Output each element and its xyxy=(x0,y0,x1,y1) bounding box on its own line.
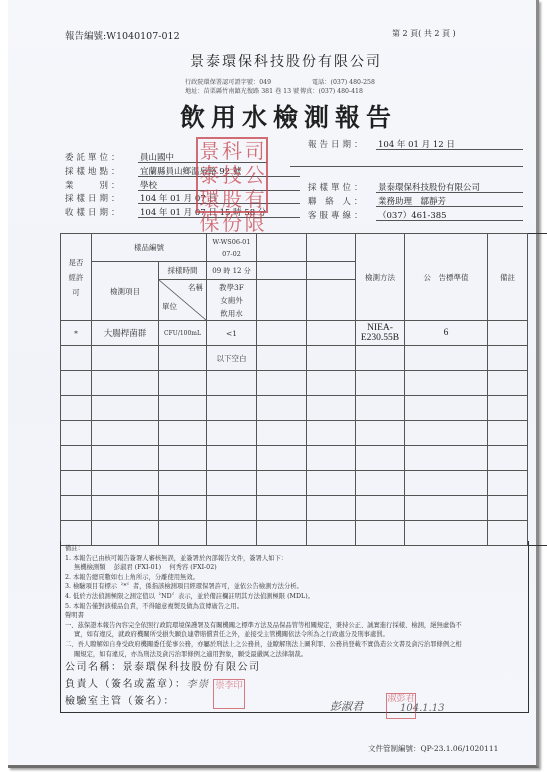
report-date-value: 104 年 01 月 12 日 xyxy=(376,138,523,150)
table-row xyxy=(61,421,547,446)
declaration-item: 實，如有違反，就政府機關所受損失願負連帶賠償責任之外，並接受主管機關依法令所為之… xyxy=(65,630,524,640)
empty-cell xyxy=(488,496,528,521)
handwritten-date: 104.1.13 xyxy=(400,703,445,714)
empty-cell xyxy=(61,371,92,396)
table-row xyxy=(61,471,547,496)
empty-cell xyxy=(159,446,207,471)
report-date-label: 報告日期： xyxy=(308,138,366,150)
seal-character: 保 xyxy=(198,211,221,235)
lab-manager-signature: 彭淑君 xyxy=(330,698,363,714)
sample-no-header: 樣品編號 xyxy=(92,234,207,262)
contact-label: 聯 絡 人： xyxy=(308,195,365,207)
fax-number: 傳真：(037) 480-418 xyxy=(300,86,363,95)
seal-character: 泰 xyxy=(198,163,221,187)
seal-character: 股 xyxy=(221,187,244,211)
empty-cell xyxy=(488,446,528,471)
empty-cell xyxy=(207,496,257,521)
empty-cell xyxy=(307,280,356,321)
sampling-time-value: 09 時 12 分 xyxy=(207,262,257,280)
note-item: 1. 本報告已由核可報告簽署人審核無誤，並簽署於內部報告文件，簽署人如下： xyxy=(65,554,524,564)
empty-cell xyxy=(257,371,307,396)
seal-character: 科 xyxy=(221,139,244,163)
report-number: 報告編號:W1040107-012 xyxy=(65,28,180,42)
seal-character: 景 xyxy=(198,139,221,163)
empty-cell xyxy=(307,371,356,396)
empty-cell xyxy=(405,421,488,446)
company-address: 地址：苗栗縣竹南鎮光復路 381 巷 13 號 xyxy=(185,86,299,95)
empty-cell xyxy=(92,496,159,521)
page-indicator: 第 2 頁( 共 2 頁 ) xyxy=(392,28,456,39)
cell-item xyxy=(92,346,159,371)
results-table: 是否經許可 樣品編號 W-WS06-0107-02 檢測方法 公 告標準值 備註… xyxy=(60,233,547,546)
cell-remark xyxy=(488,346,528,371)
empty-cell xyxy=(61,471,92,496)
empty-cell xyxy=(405,446,488,471)
declaration-item: 關規定，如有違反，亦為刑法及貪污治罪條例之適用對象，願受最嚴厲之法律制裁。 xyxy=(65,650,524,660)
empty-cell xyxy=(405,471,488,496)
note-item: 4. 低於方法偵測極限之測定值以〝ND〞表示，並於備註欄註明其方法偵測極限 (M… xyxy=(65,592,524,602)
empty-cell xyxy=(61,396,92,421)
sampling-date-label: 採樣日期： xyxy=(65,192,123,204)
document-control-number: 文件管制編號：QP-23.1.06/1020111 xyxy=(368,743,498,754)
contact-value: 業務助理 鄒靜芳 xyxy=(376,195,523,207)
sampling-unit-row: 採樣單位： 景泰環保科技股份有限公司 xyxy=(308,181,523,193)
sample-no-value: W-WS06-0107-02 xyxy=(207,234,257,262)
responsible-signature-line: 負責人（簽名或蓋章）：李崇 xyxy=(65,676,524,693)
cell-method: NIEA-E230.55B xyxy=(356,321,405,346)
empty-cell xyxy=(356,371,405,396)
empty-cell xyxy=(307,262,356,280)
client-label: 委託單位： xyxy=(65,151,123,163)
empty-cell xyxy=(207,421,257,446)
test-item-header: 檢測項目 xyxy=(92,262,159,321)
divider xyxy=(290,166,523,167)
seal-character: 限 xyxy=(243,211,266,235)
empty-cell xyxy=(488,421,528,446)
empty-cell xyxy=(92,371,159,396)
sampling-unit-value: 景泰環保科技股份有限公司 xyxy=(376,181,523,193)
cell-approved: * xyxy=(61,321,92,346)
cell-remark xyxy=(488,321,528,346)
empty-cell xyxy=(257,496,307,521)
empty-cell xyxy=(356,421,405,446)
empty-cell xyxy=(356,471,405,496)
empty-cell xyxy=(61,446,92,471)
cell-standard xyxy=(405,346,488,371)
service-line-value: （037）461-385 xyxy=(376,209,523,221)
cell-standard: 6 xyxy=(405,321,488,346)
empty-cell xyxy=(92,396,159,421)
empty-cell xyxy=(356,496,405,521)
seal-character: 公 xyxy=(243,163,266,187)
sampling-unit-label: 採樣單位： xyxy=(308,181,366,193)
report-title: 飲用水檢測報告 xyxy=(180,98,397,134)
empty-cell xyxy=(488,471,528,496)
note-item: 5. 本報告僅對該樣品負責，不得隨意複製及做為宣傳廣告之用。 xyxy=(65,602,524,612)
declaration-heading: 聲明書 xyxy=(65,611,524,621)
note-item: 2. 本報告總頁數如右上角所示，分離使用無效。 xyxy=(65,573,524,583)
unit-label: 單位 xyxy=(162,301,177,312)
remark-header: 備註 xyxy=(488,234,528,321)
empty-cell xyxy=(92,446,159,471)
table-row xyxy=(61,496,547,521)
notes-section: 備註： 1. 本報告已由核可報告簽署人審核無誤，並簽署於內部報告文件，簽署人如下… xyxy=(60,541,529,713)
responsible-signature: 李崇 xyxy=(187,679,210,690)
company-name: 景泰環保科技股份有限公司 xyxy=(190,51,382,71)
empty-cell xyxy=(307,471,356,496)
report-date-row: 報告日期： 104 年 01 月 12 日 xyxy=(308,138,523,150)
empty-cell xyxy=(307,346,356,371)
sampling-time-header: 採樣時間 xyxy=(159,262,207,280)
seal-character: 司 xyxy=(243,139,266,163)
cell-unit: CFU/100mL xyxy=(159,321,207,346)
declaration-item: 一、茲保證本報告內容完全依照行政院環境保護署及有關機關之標準方法及品保品管等相關… xyxy=(65,621,524,631)
empty-cell xyxy=(307,496,356,521)
cell-value: 以下空白 xyxy=(207,346,257,371)
empty-cell xyxy=(257,421,307,446)
empty-cell xyxy=(92,471,159,496)
company-signature-line: 公司名稱：景泰環保科技股份有限公司 xyxy=(65,659,524,676)
empty-cell xyxy=(159,496,207,521)
cell-unit xyxy=(159,346,207,371)
empty-cell xyxy=(207,396,257,421)
empty-cell xyxy=(159,471,207,496)
responsible-label: 負責人（簽名或蓋章）： xyxy=(65,679,187,690)
empty-cell xyxy=(257,346,307,371)
empty-cell xyxy=(405,396,488,421)
empty-cell xyxy=(159,371,207,396)
license-number: 行政院環保署認可證字號：049 xyxy=(185,77,271,86)
empty-cell xyxy=(307,421,356,446)
lab-manager-signature-line: 檢驗室主管（簽名）： xyxy=(65,693,524,710)
sampling-location-label: 採樣地點： xyxy=(65,165,123,177)
empty-cell xyxy=(307,446,356,471)
table-row: 以下空白 xyxy=(61,346,547,371)
contact-row: 聯 絡 人： 業務助理 鄒靜芳 xyxy=(308,195,523,207)
table-row xyxy=(61,371,547,396)
empty-cell xyxy=(488,371,528,396)
empty-cell xyxy=(207,471,257,496)
cell-item: 大腸桿菌群 xyxy=(92,321,159,346)
seal-character: 環 xyxy=(198,187,221,211)
empty-cell xyxy=(257,396,307,421)
cell-approved xyxy=(61,346,92,371)
empty-cell xyxy=(257,280,307,321)
table-row: *大腸桿菌群CFU/100mL<1NIEA-E230.55B6 xyxy=(61,321,547,346)
service-line-row: 客服專線： （037）461-385 xyxy=(308,209,523,221)
receive-date-label: 收樣日期： xyxy=(65,206,123,218)
cell-method xyxy=(356,346,405,371)
empty-cell xyxy=(257,234,307,262)
empty-cell xyxy=(159,421,207,446)
empty-cell xyxy=(405,496,488,521)
name-unit-diagonal-header: 名稱 單位 xyxy=(159,280,207,321)
empty-cell xyxy=(488,396,528,421)
name-label: 名稱 xyxy=(188,282,203,293)
empty-cell xyxy=(257,262,307,280)
empty-cell xyxy=(257,321,307,346)
empty-cell xyxy=(257,446,307,471)
standard-header: 公 告標準值 xyxy=(405,234,488,321)
seal-character: 有 xyxy=(243,187,266,211)
industry-label: 業 別： xyxy=(65,179,123,191)
note-item: 3. 檢驗項目有標示〝*〞者，係指該檢測項目經環保署許可，並依公告檢測方法分析。 xyxy=(65,582,524,592)
empty-cell xyxy=(207,371,257,396)
company-seal-stamp: 景科司泰技公環股有保份限 xyxy=(196,137,268,213)
table-row xyxy=(61,446,547,471)
service-line-label: 客服專線： xyxy=(308,209,366,221)
seal-character: 技 xyxy=(221,163,244,187)
empty-cell xyxy=(257,471,307,496)
method-header: 檢測方法 xyxy=(356,234,405,321)
approved-header: 是否經許可 xyxy=(61,234,92,321)
note-signers: 無機檢測類 彭淑君 (FXI-01) 何秀容 (FXI-02) xyxy=(65,563,524,573)
declaration-item: 二、吾人瞭解如自身受政府機關委任從事公務，亦屬於刑法上之公務員，並瞭解刑法上圖利… xyxy=(65,640,524,650)
cell-value: <1 xyxy=(207,321,257,346)
empty-cell xyxy=(61,496,92,521)
empty-cell xyxy=(405,371,488,396)
empty-cell xyxy=(356,446,405,471)
empty-cell xyxy=(356,396,405,421)
empty-cell xyxy=(207,446,257,471)
empty-cell xyxy=(92,421,159,446)
empty-cell xyxy=(307,234,356,262)
empty-cell xyxy=(307,321,356,346)
empty-cell xyxy=(159,396,207,421)
empty-cell xyxy=(307,396,356,421)
phone-number: 電話：(037) 480-258 xyxy=(312,77,375,86)
responsible-seal-stamp: 崇李印 xyxy=(213,679,245,709)
seal-character: 份 xyxy=(221,211,244,235)
notes-heading: 備註： xyxy=(65,544,524,554)
empty-cell xyxy=(61,421,92,446)
table-row xyxy=(61,396,547,421)
sample-name-value: 教學3F女廁外飲用水 xyxy=(207,280,257,321)
